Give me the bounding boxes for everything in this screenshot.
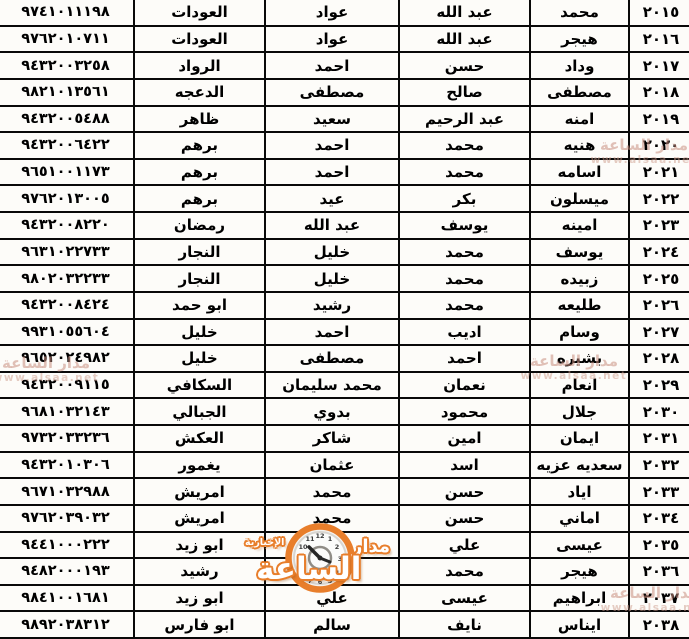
table-row: ٢٠٣٢ سعديه عزيه اسد عثمان يغمور ٩٤٣٢٠١٠٣… (0, 452, 689, 479)
grandfather-name-cell: علي (265, 585, 399, 612)
father-name-cell: محمود (399, 398, 530, 425)
first-name-cell: اسامه (530, 159, 629, 186)
table-row: ٢٠٢٦ طليعه محمد رشيد ابو حمد ٩٤٣٢٠٠٨٤٢٤ (0, 292, 689, 319)
table-row: ٢٠٢٥ زبيده محمد خليل النجار ٩٨٠٢٠٣٢٢٣٣ (0, 265, 689, 292)
names-table: ٢٠١٥ محمد عبد الله عواد العودات ٩٧٤١٠١١١… (0, 0, 689, 639)
serial-number-cell: ٢٠١٥ (629, 0, 689, 26)
grandfather-name-cell: سعيد (265, 106, 399, 133)
father-name-cell: عبد الرحيم (399, 106, 530, 133)
father-name-cell: محمد (399, 292, 530, 319)
grandfather-name-cell (265, 558, 399, 585)
family-name-cell: برهم (134, 132, 265, 159)
grandfather-name-cell: عبد الله (265, 212, 399, 239)
family-name-cell: برهم (134, 159, 265, 186)
grandfather-name-cell: محمد (265, 505, 399, 532)
first-name-cell: سعديه عزيه (530, 452, 629, 479)
grandfather-name-cell: محمد (265, 478, 399, 505)
serial-number-cell: ٢٠١٨ (629, 79, 689, 106)
table-row: ٢٠١٨ مصطفى صالح مصطفى الدعجه ٩٨٢١٠١٣٥٦١ (0, 79, 689, 106)
grandfather-name-cell: خليل (265, 265, 399, 292)
family-name-cell: الدعجه (134, 79, 265, 106)
table-row: ٢٠١٥ محمد عبد الله عواد العودات ٩٧٤١٠١١١… (0, 0, 689, 26)
first-name-cell: هيجر (530, 26, 629, 53)
first-name-cell: انعام (530, 372, 629, 399)
id-number-cell: ٩٤٣٢٠٠٨٤٢٤ (0, 292, 134, 319)
serial-number-cell: ٢٠٢٧ (629, 319, 689, 346)
family-name-cell: الجبالي (134, 398, 265, 425)
first-name-cell: محمد (530, 0, 629, 26)
table-row: ٢٠٣٦ هيجر محمد رشيد ٩٤٨٢٠٠٠١٩٣ (0, 558, 689, 585)
grandfather-name-cell: احمد (265, 52, 399, 79)
id-number-cell: ٩٧٦٢٠٣٩٠٣٢ (0, 505, 134, 532)
serial-number-cell: ٢٠٣٠ (629, 398, 689, 425)
grandfather-name-cell: سالم (265, 611, 399, 638)
grandfather-name-cell (265, 532, 399, 559)
id-number-cell: ٩٤٨٢٠٠٠١٩٣ (0, 558, 134, 585)
id-number-cell: ٩٨٩٢٠٣٨٣١٢ (0, 611, 134, 638)
father-name-cell: حسن (399, 52, 530, 79)
grandfather-name-cell: خليل (265, 239, 399, 266)
family-name-cell: النجار (134, 265, 265, 292)
serial-number-cell: ٢٠٢٣ (629, 212, 689, 239)
father-name-cell: حسن (399, 478, 530, 505)
family-name-cell: خليل (134, 345, 265, 372)
family-name-cell: ابو زيد (134, 585, 265, 612)
grandfather-name-cell: محمد سليمان (265, 372, 399, 399)
father-name-cell: محمد (399, 265, 530, 292)
first-name-cell: ابراهيم (530, 585, 629, 612)
id-number-cell: ٩٦٧١٠٣٢٩٨٨ (0, 478, 134, 505)
table-row: ٢٠٣٠ جلال محمود بدوي الجبالي ٩٦٨١٠٣٢١٤٣ (0, 398, 689, 425)
serial-number-cell: ٢٠٣١ (629, 425, 689, 452)
father-name-cell: بكر (399, 185, 530, 212)
family-name-cell: رشيد (134, 558, 265, 585)
father-name-cell: نايف (399, 611, 530, 638)
first-name-cell: بشيره (530, 345, 629, 372)
id-number-cell: ٩٨٢١٠١٣٥٦١ (0, 79, 134, 106)
serial-number-cell: ٢٠١٩ (629, 106, 689, 133)
table-row: ٢٠٢٨ بشيره احمد مصطفى خليل ٩٦٥٢٠٢٤٩٨٢ (0, 345, 689, 372)
id-number-cell: ٩٦٨١٠٣٢١٤٣ (0, 398, 134, 425)
father-name-cell: نعمان (399, 372, 530, 399)
table-body: ٢٠١٥ محمد عبد الله عواد العودات ٩٧٤١٠١١١… (0, 0, 689, 638)
family-name-cell: برهم (134, 185, 265, 212)
family-name-cell: ابو حمد (134, 292, 265, 319)
table-row: ٢٠٢٧ وسام اديب احمد خليل ٩٩٣١٠٥٥٦٠٤ (0, 319, 689, 346)
id-number-cell: ٩٦٣١٠٢٢٧٣٣ (0, 239, 134, 266)
grandfather-name-cell: مصطفى (265, 79, 399, 106)
table-row: ٢٠٣٣ اياد حسن محمد امريش ٩٦٧١٠٣٢٩٨٨ (0, 478, 689, 505)
family-name-cell: العودات (134, 26, 265, 53)
serial-number-cell: ٢٠٣٣ (629, 478, 689, 505)
first-name-cell: ميسلون (530, 185, 629, 212)
id-number-cell: ٩٦٥١٠٠١١٧٣ (0, 159, 134, 186)
id-number-cell: ٩٤٣٢٠٠٥٤٨٨ (0, 106, 134, 133)
first-name-cell: اماني (530, 505, 629, 532)
family-name-cell: يغمور (134, 452, 265, 479)
grandfather-name-cell: احمد (265, 132, 399, 159)
family-name-cell: السكافي (134, 372, 265, 399)
first-name-cell: وسام (530, 319, 629, 346)
id-number-cell: ٩٦٥٢٠٢٤٩٨٢ (0, 345, 134, 372)
grandfather-name-cell: عواد (265, 26, 399, 53)
id-number-cell: ٩٧٣٢٠٣٣٢٣٦ (0, 425, 134, 452)
id-number-cell: ٩٧٦٢٠١٠٧١١ (0, 26, 134, 53)
first-name-cell: عيسى (530, 532, 629, 559)
id-number-cell: ٩٤٣٢٠٠٩١١٥ (0, 372, 134, 399)
serial-number-cell: ٢٠٣٢ (629, 452, 689, 479)
first-name-cell: وداد (530, 52, 629, 79)
first-name-cell: جلال (530, 398, 629, 425)
grandfather-name-cell: عثمان (265, 452, 399, 479)
first-name-cell: طليعه (530, 292, 629, 319)
table-row: ٢٠٢٤ يوسف محمد خليل النجار ٩٦٣١٠٢٢٧٣٣ (0, 239, 689, 266)
father-name-cell: صالح (399, 79, 530, 106)
father-name-cell: اديب (399, 319, 530, 346)
father-name-cell: عيسى (399, 585, 530, 612)
serial-number-cell: ٢٠١٧ (629, 52, 689, 79)
family-name-cell: ابو فارس (134, 611, 265, 638)
serial-number-cell: ٢٠٣٥ (629, 532, 689, 559)
family-name-cell: الرواد (134, 52, 265, 79)
first-name-cell: زبيده (530, 265, 629, 292)
table-row: ٢٠٢١ اسامه محمد احمد برهم ٩٦٥١٠٠١١٧٣ (0, 159, 689, 186)
grandfather-name-cell: رشيد (265, 292, 399, 319)
serial-number-cell: ٢٠٢٨ (629, 345, 689, 372)
id-number-cell: ٩٩٣١٠٥٥٦٠٤ (0, 319, 134, 346)
father-name-cell: محمد (399, 558, 530, 585)
table-row: ٢٠٣٤ اماني حسن محمد امريش ٩٧٦٢٠٣٩٠٣٢ (0, 505, 689, 532)
id-number-cell: ٩٤٣٢٠١٠٣٠٦ (0, 452, 134, 479)
family-name-cell: رمضان (134, 212, 265, 239)
id-number-cell: ٩٤٣٢٠٠٦٤٢٢ (0, 132, 134, 159)
family-name-cell: ظاهر (134, 106, 265, 133)
father-name-cell: يوسف (399, 212, 530, 239)
first-name-cell: ايمان (530, 425, 629, 452)
father-name-cell: محمد (399, 132, 530, 159)
id-number-cell: ٩٧٦٢٠١٣٠٠٥ (0, 185, 134, 212)
family-name-cell: النجار (134, 239, 265, 266)
grandfather-name-cell: شاكر (265, 425, 399, 452)
father-name-cell: محمد (399, 159, 530, 186)
id-number-cell: ٩٤٣٢٠٠٣٢٥٨ (0, 52, 134, 79)
serial-number-cell: ٢٠٣٧ (629, 585, 689, 612)
serial-number-cell: ٢٠٢٩ (629, 372, 689, 399)
table-row: ٢٠٢٠ هنيه محمد احمد برهم ٩٤٣٢٠٠٦٤٢٢ (0, 132, 689, 159)
id-number-cell: ٩٤٣٢٠٠٨٢٢٠ (0, 212, 134, 239)
father-name-cell: محمد (399, 239, 530, 266)
first-name-cell: هنيه (530, 132, 629, 159)
table-row: ٢٠٢٢ ميسلون بكر عيد برهم ٩٧٦٢٠١٣٠٠٥ (0, 185, 689, 212)
table-row: ٢٠٣٥ عيسى علي ابو زيد ٩٤٤١٠٠٠٢٢٢ (0, 532, 689, 559)
father-name-cell: عبد الله (399, 26, 530, 53)
father-name-cell: احمد (399, 345, 530, 372)
table-row: ٢٠٣١ ايمان امين شاكر العكش ٩٧٣٢٠٣٣٢٣٦ (0, 425, 689, 452)
serial-number-cell: ٢٠٣٦ (629, 558, 689, 585)
serial-number-cell: ٢٠١٦ (629, 26, 689, 53)
grandfather-name-cell: احمد (265, 159, 399, 186)
family-name-cell: خليل (134, 319, 265, 346)
father-name-cell: امين (399, 425, 530, 452)
father-name-cell: علي (399, 532, 530, 559)
first-name-cell: امينه (530, 212, 629, 239)
first-name-cell: امنه (530, 106, 629, 133)
serial-number-cell: ٢٠٢٤ (629, 239, 689, 266)
first-name-cell: مصطفى (530, 79, 629, 106)
serial-number-cell: ٢٠٣٨ (629, 611, 689, 638)
family-name-cell: امريش (134, 478, 265, 505)
grandfather-name-cell: عيد (265, 185, 399, 212)
first-name-cell: هيجر (530, 558, 629, 585)
first-name-cell: ايناس (530, 611, 629, 638)
family-name-cell: العودات (134, 0, 265, 26)
serial-number-cell: ٢٠٣٤ (629, 505, 689, 532)
table-row: ٢٠٣٧ ابراهيم عيسى علي ابو زيد ٩٨٤١٠٠١٦٨١ (0, 585, 689, 612)
id-number-cell: ٩٧٤١٠١١١٩٨ (0, 0, 134, 26)
grandfather-name-cell: مصطفى (265, 345, 399, 372)
table-row: ٢٠١٦ هيجر عبد الله عواد العودات ٩٧٦٢٠١٠٧… (0, 26, 689, 53)
first-name-cell: اياد (530, 478, 629, 505)
serial-number-cell: ٢٠٢٢ (629, 185, 689, 212)
id-number-cell: ٩٨٤١٠٠١٦٨١ (0, 585, 134, 612)
family-name-cell: امريش (134, 505, 265, 532)
table-row: ٢٠٢٩ انعام نعمان محمد سليمان السكافي ٩٤٣… (0, 372, 689, 399)
first-name-cell: يوسف (530, 239, 629, 266)
grandfather-name-cell: احمد (265, 319, 399, 346)
table-row: ٢٠٢٣ امينه يوسف عبد الله رمضان ٩٤٣٢٠٠٨٢٢… (0, 212, 689, 239)
family-name-cell: ابو زيد (134, 532, 265, 559)
serial-number-cell: ٢٠٢١ (629, 159, 689, 186)
scanned-names-list-page: ٢٠١٥ محمد عبد الله عواد العودات ٩٧٤١٠١١١… (0, 0, 689, 639)
table-row: ٢٠٣٨ ايناس نايف سالم ابو فارس ٩٨٩٢٠٣٨٣١٢ (0, 611, 689, 638)
table-row: ٢٠١٩ امنه عبد الرحيم سعيد ظاهر ٩٤٣٢٠٠٥٤٨… (0, 106, 689, 133)
id-number-cell: ٩٤٤١٠٠٠٢٢٢ (0, 532, 134, 559)
serial-number-cell: ٢٠٢٠ (629, 132, 689, 159)
father-name-cell: اسد (399, 452, 530, 479)
table-row: ٢٠١٧ وداد حسن احمد الرواد ٩٤٣٢٠٠٣٢٥٨ (0, 52, 689, 79)
serial-number-cell: ٢٠٢٥ (629, 265, 689, 292)
father-name-cell: حسن (399, 505, 530, 532)
id-number-cell: ٩٨٠٢٠٣٢٢٣٣ (0, 265, 134, 292)
family-name-cell: العكش (134, 425, 265, 452)
serial-number-cell: ٢٠٢٦ (629, 292, 689, 319)
grandfather-name-cell: عواد (265, 0, 399, 26)
father-name-cell: عبد الله (399, 0, 530, 26)
grandfather-name-cell: بدوي (265, 398, 399, 425)
